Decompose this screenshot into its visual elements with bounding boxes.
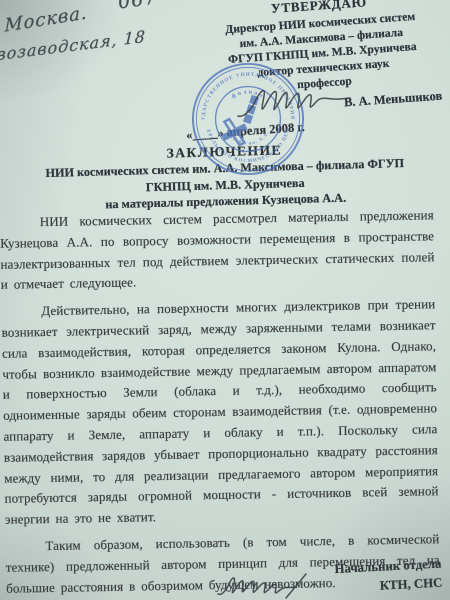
handwritten-number: 067 xyxy=(117,0,159,14)
document-photo: 067 Москва. возаводская, 18 УТВЕРЖДАЮ Ди… xyxy=(0,0,450,600)
handwritten-city: Москва. xyxy=(4,2,87,36)
department-head-signature xyxy=(216,572,336,600)
director-signature xyxy=(236,80,354,122)
document-body: НИИ космических систем рассмотрел матери… xyxy=(0,205,440,600)
paragraph-2: Действительно, на поверхности многих диэ… xyxy=(1,294,439,530)
paragraph-1: НИИ космических систем рассмотрел матери… xyxy=(0,205,435,296)
director-name: В. А. Меньшиков xyxy=(344,89,443,111)
